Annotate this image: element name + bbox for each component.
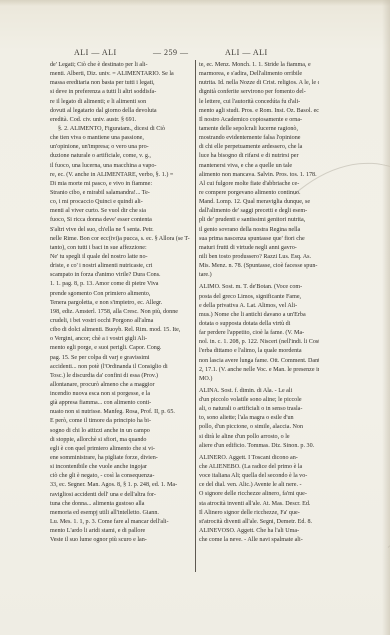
text-line: menti. Alberti, Diz. univ. = ALIMENTARIO…	[50, 70, 192, 79]
text-line: il genio sovrano della nostra Regina nel…	[199, 226, 319, 235]
text-line: e della privativa A. Lat. Alimos, vel Al…	[199, 302, 319, 311]
text-line: tuna che donna... alimenta gustoso alla	[50, 500, 192, 509]
text-line: Al cui fulgore molte fiate d'abbriache c…	[199, 180, 319, 189]
text-line: nuato non si nutrisse. Manfeg. Rosa, Pro…	[50, 408, 192, 417]
text-line: te, ec. Menz. Monch. 1. 1. Stride la fia…	[199, 61, 319, 70]
text-line: cibo di dolci alimenti. Buoyb. Rel. Rim.…	[50, 326, 192, 335]
scanned-dictionary-page: ALI — ALI — 259 — ALI — ALI de' Legati; …	[0, 0, 390, 635]
text-line: dotata o supposta dotata della virtù di	[199, 320, 319, 329]
text-line: to, sono aliette; l'ala magra o esile d'…	[199, 414, 319, 423]
text-line: Lu. Mes. 1. 1, p. 3. Come fare al mancar…	[50, 518, 192, 527]
text-line: sogno di chi lo attizzi anche in un camp…	[50, 427, 192, 436]
text-line: dignità conferite servirono per fomento …	[199, 88, 319, 97]
text-line: già appresa fiamma... con alimento conti…	[50, 399, 192, 408]
text-line: ravigliosi accidenti dell' una e dell'al…	[50, 491, 192, 500]
text-line: l'erba dittamo e l'alimo, la quale morde…	[199, 347, 319, 356]
text-line: Tosc.) le discurdia da' confini di essa …	[50, 372, 192, 381]
header-right-guideword: ALI — ALI	[225, 48, 268, 57]
text-line: ce del dial. ven. Alic.) Avente le ali n…	[199, 481, 319, 490]
text-line: Di mia morte mi pasco, e vivo in fiamme:	[50, 180, 192, 189]
text-line: di chi elle perpetuamente ardessero, che…	[199, 143, 319, 152]
text-line: d'un piccolo volatile sono aline; le pic…	[199, 396, 319, 405]
running-header: ALI — ALI — 259 — ALI — ALI	[0, 48, 390, 60]
text-line: §. 2. ALIMENTO, Figuratam., dicesi di Ci…	[50, 125, 192, 134]
text-line: scampato in forza d'animo virile? Dura C…	[50, 271, 192, 280]
text-line: memoria ed esempj utili all'intelletto. …	[50, 509, 192, 518]
text-line: pollo, d'un piccione, o simile, alaccia.…	[199, 423, 319, 432]
text-line: allontanare, procurò almeno che a maggio…	[50, 381, 192, 390]
text-line: mento agli studi. Pros. e Rom. Inst. Oz.…	[199, 107, 319, 116]
text-line: O signore delle ricchezze alinero, fa'mi…	[199, 490, 319, 499]
text-line: si dirà le aline d'un pollo arrosto, o l…	[199, 433, 319, 442]
text-line: mus.) Nome che li antichi davano a un'Er…	[199, 311, 319, 320]
text-line: che ALIENEBO. (La radice del primo è la	[199, 463, 319, 472]
text-line: tanto), con tutti i baci in sue affezzio…	[50, 244, 192, 253]
text-line: Ne' tu spegli il quale del nostro latte …	[50, 253, 192, 262]
text-line: tamente delle sepolcrali lucerne ragionò…	[199, 125, 319, 134]
text-line: st'atrocità diventi all'ale. Segni, Deme…	[199, 518, 319, 527]
text-line: Il Alinero signor delle ricchezze, Fa' q…	[199, 509, 319, 518]
text-line: egli è con quel primiero alimento che si…	[50, 445, 192, 454]
text-line: Stranio cibo, e mirabil salamandra!... T…	[50, 189, 192, 198]
text-line: pli de' prudenti e santissimi genitori n…	[199, 216, 319, 225]
text-line: nol. in. c. 1. 208, p. 122. Nisceri (nel…	[199, 338, 319, 347]
text-line: sta atrocità inventi all'ale. At. Mas. D…	[199, 500, 319, 509]
text-line: marmorea, e s'adira, Dell'alimento orrib…	[199, 70, 319, 79]
text-line: dall'alimento de' saggi precetti e degli…	[199, 207, 319, 216]
text-line: menti al viver curto. Se vuol dir che si…	[50, 207, 192, 216]
text-line: ALINEVOSO. Aggett. Che ha l'ali Uma-	[199, 527, 319, 536]
text-line: Veste il suo lume ognor più scuro e lan-	[50, 536, 192, 545]
text-line: Mis. Menz. n. 78. (Spuntasse, cioè faces…	[199, 262, 319, 271]
text-line: crudeli, i bei vostri occhi Porgono all'…	[50, 317, 192, 326]
text-line: massa ereditaria non basta per tutti i l…	[50, 79, 192, 88]
text-line: re, ec. (V. anche in ALIMENTARE, verbo, …	[50, 171, 192, 180]
text-line: sua prima nascenza spuntasse que' fiori …	[199, 235, 319, 244]
text-line: 2, 17.1. (V. anche nelle Voc. e Man. le …	[199, 366, 319, 375]
text-line: re il legato di alimenti; e li alimenti …	[50, 98, 192, 107]
text-line: luce ha bisogno di rifarsi e di nutrirsi…	[199, 152, 319, 161]
page-number: — 259 —	[153, 48, 189, 57]
text-line: far perdere l'appetito, cioè la fame. (V…	[199, 329, 319, 338]
text-line: ALINA. Sost. f. dimin. di Ala. - Le ali	[199, 387, 319, 396]
text-line: Il nostro Academico copiosamente e orna-	[199, 116, 319, 125]
text-line: che come la neve. - Alle navi spalmate a…	[199, 536, 319, 545]
text-line: posta del greco Limos, significante Fame…	[199, 293, 319, 302]
text-line: 198, ediz. Amsterl. 1758, alla Cresc. No…	[50, 308, 192, 317]
left-column: de' Legati; Ciò che è destinato per li a…	[50, 61, 192, 545]
text-line: S'altri vive del suo, ch'ella ne 'l sent…	[50, 226, 192, 235]
text-line: duzione naturale o artificiale, come, v.…	[50, 152, 192, 161]
text-line: ene somministrare, ha pigliate forze, di…	[50, 454, 192, 463]
text-line: re compere porgevano alimento continuo.	[199, 189, 319, 198]
text-line: che tien viva o mantiene una passione,	[50, 134, 192, 143]
text-line: si deve in preferenza a tutti li altri s…	[50, 88, 192, 97]
text-line: Mand. Lomp. 12. Qual meraviglia dunque, …	[199, 198, 319, 207]
text-line: voce italiana Ali; quella del secondo è …	[199, 472, 319, 481]
column-divider	[195, 60, 196, 572]
text-line: mostrando evidentemente falsa l'opinione	[199, 134, 319, 143]
text-line: o Vergini, ancor; chè a i vostri gigli A…	[50, 335, 192, 344]
text-line: Tenera pargoletta, e non s'impietro, ec.…	[50, 299, 192, 308]
text-line: mento L'ardo li aridi stami, e di pallor…	[50, 527, 192, 536]
text-line: ciò che gli è negato, - così la conseque…	[50, 472, 192, 481]
text-line: un'opinione, un'impresa; o vero una pro-	[50, 143, 192, 152]
text-line: 1. 1. pag. 8, p. 13. Amor come di pietre…	[50, 280, 192, 289]
text-line: co, i mi procaccio Quinci e quindi ali-	[50, 198, 192, 207]
text-line: tare.)	[199, 271, 319, 280]
text-line: non lascia avere lunga fame. Ott. Commen…	[199, 357, 319, 366]
text-line: il fuoco, una lucerna, una macchina a va…	[50, 162, 192, 171]
text-line: dovuti al legatario dal giorno della dev…	[50, 107, 192, 116]
text-line: driste, e co' i nostri alimenti nutricas…	[50, 262, 192, 271]
text-line: ALIMO. Sost. m. T. de'Botan. (Voce com-	[199, 283, 319, 292]
text-line: fuoco, Si ricca donna deve' esser conten…	[50, 216, 192, 225]
text-line: nili ben tosto produssero? Razzi Lus. Es…	[199, 253, 319, 262]
text-line: nutrita. Id. nella Nozze di Crist. relig…	[199, 79, 319, 88]
text-line: mento egli porge, e suoi perigli. Capor.…	[50, 344, 192, 353]
text-line: di stoppie, allorchè si sfiori, ma quand…	[50, 436, 192, 445]
text-line: aliere d'un edificio. Tommas. Diz. Sinon…	[199, 442, 319, 451]
text-line: prende sgomento Con primiero alimento,	[50, 290, 192, 299]
header-left-guideword: ALI — ALI	[74, 48, 117, 57]
text-line: de' Legati; Ciò che è destinato per li a…	[50, 61, 192, 70]
text-line: mantenersi viva, e che a quelle un tale	[199, 162, 319, 171]
text-line: pag. 15. Se per colpa di varj e gravissi…	[50, 354, 192, 363]
text-line: E però, come il timore da principio ha b…	[50, 417, 192, 426]
text-line: maturi frutti di virtude negli anni gavr…	[199, 244, 319, 253]
text-line: si incontenibile che vuole anche ingojar	[50, 463, 192, 472]
text-line: 33, ec. Segner. Man. Agos. 8, § 1. p. 24…	[50, 481, 192, 490]
text-line: alimento non mancava. Salvin. Pros. tos.…	[199, 171, 319, 180]
text-line: ALINERO. Aggett. I Toscani dicono an-	[199, 454, 319, 463]
text-line: le lettere, cui l'autorità concedúta fu …	[199, 98, 319, 107]
text-line: accidenti... non potè (l'Ordinanda il Co…	[50, 363, 192, 372]
text-line: ali, o naturali o artificiali o in senso…	[199, 405, 319, 414]
text-line: eredità. Cod. civ. univ. austr. § 691.	[50, 116, 192, 125]
text-line: incendio nuova esca non si porgesse, e l…	[50, 390, 192, 399]
right-column: te, ec. Menz. Monch. 1. 1. Stride la fia…	[199, 61, 319, 545]
text-line: nelle Rime. Bon cor ecc(ivi)a pucca, s. …	[50, 235, 192, 244]
text-line: MO.)	[199, 375, 319, 384]
